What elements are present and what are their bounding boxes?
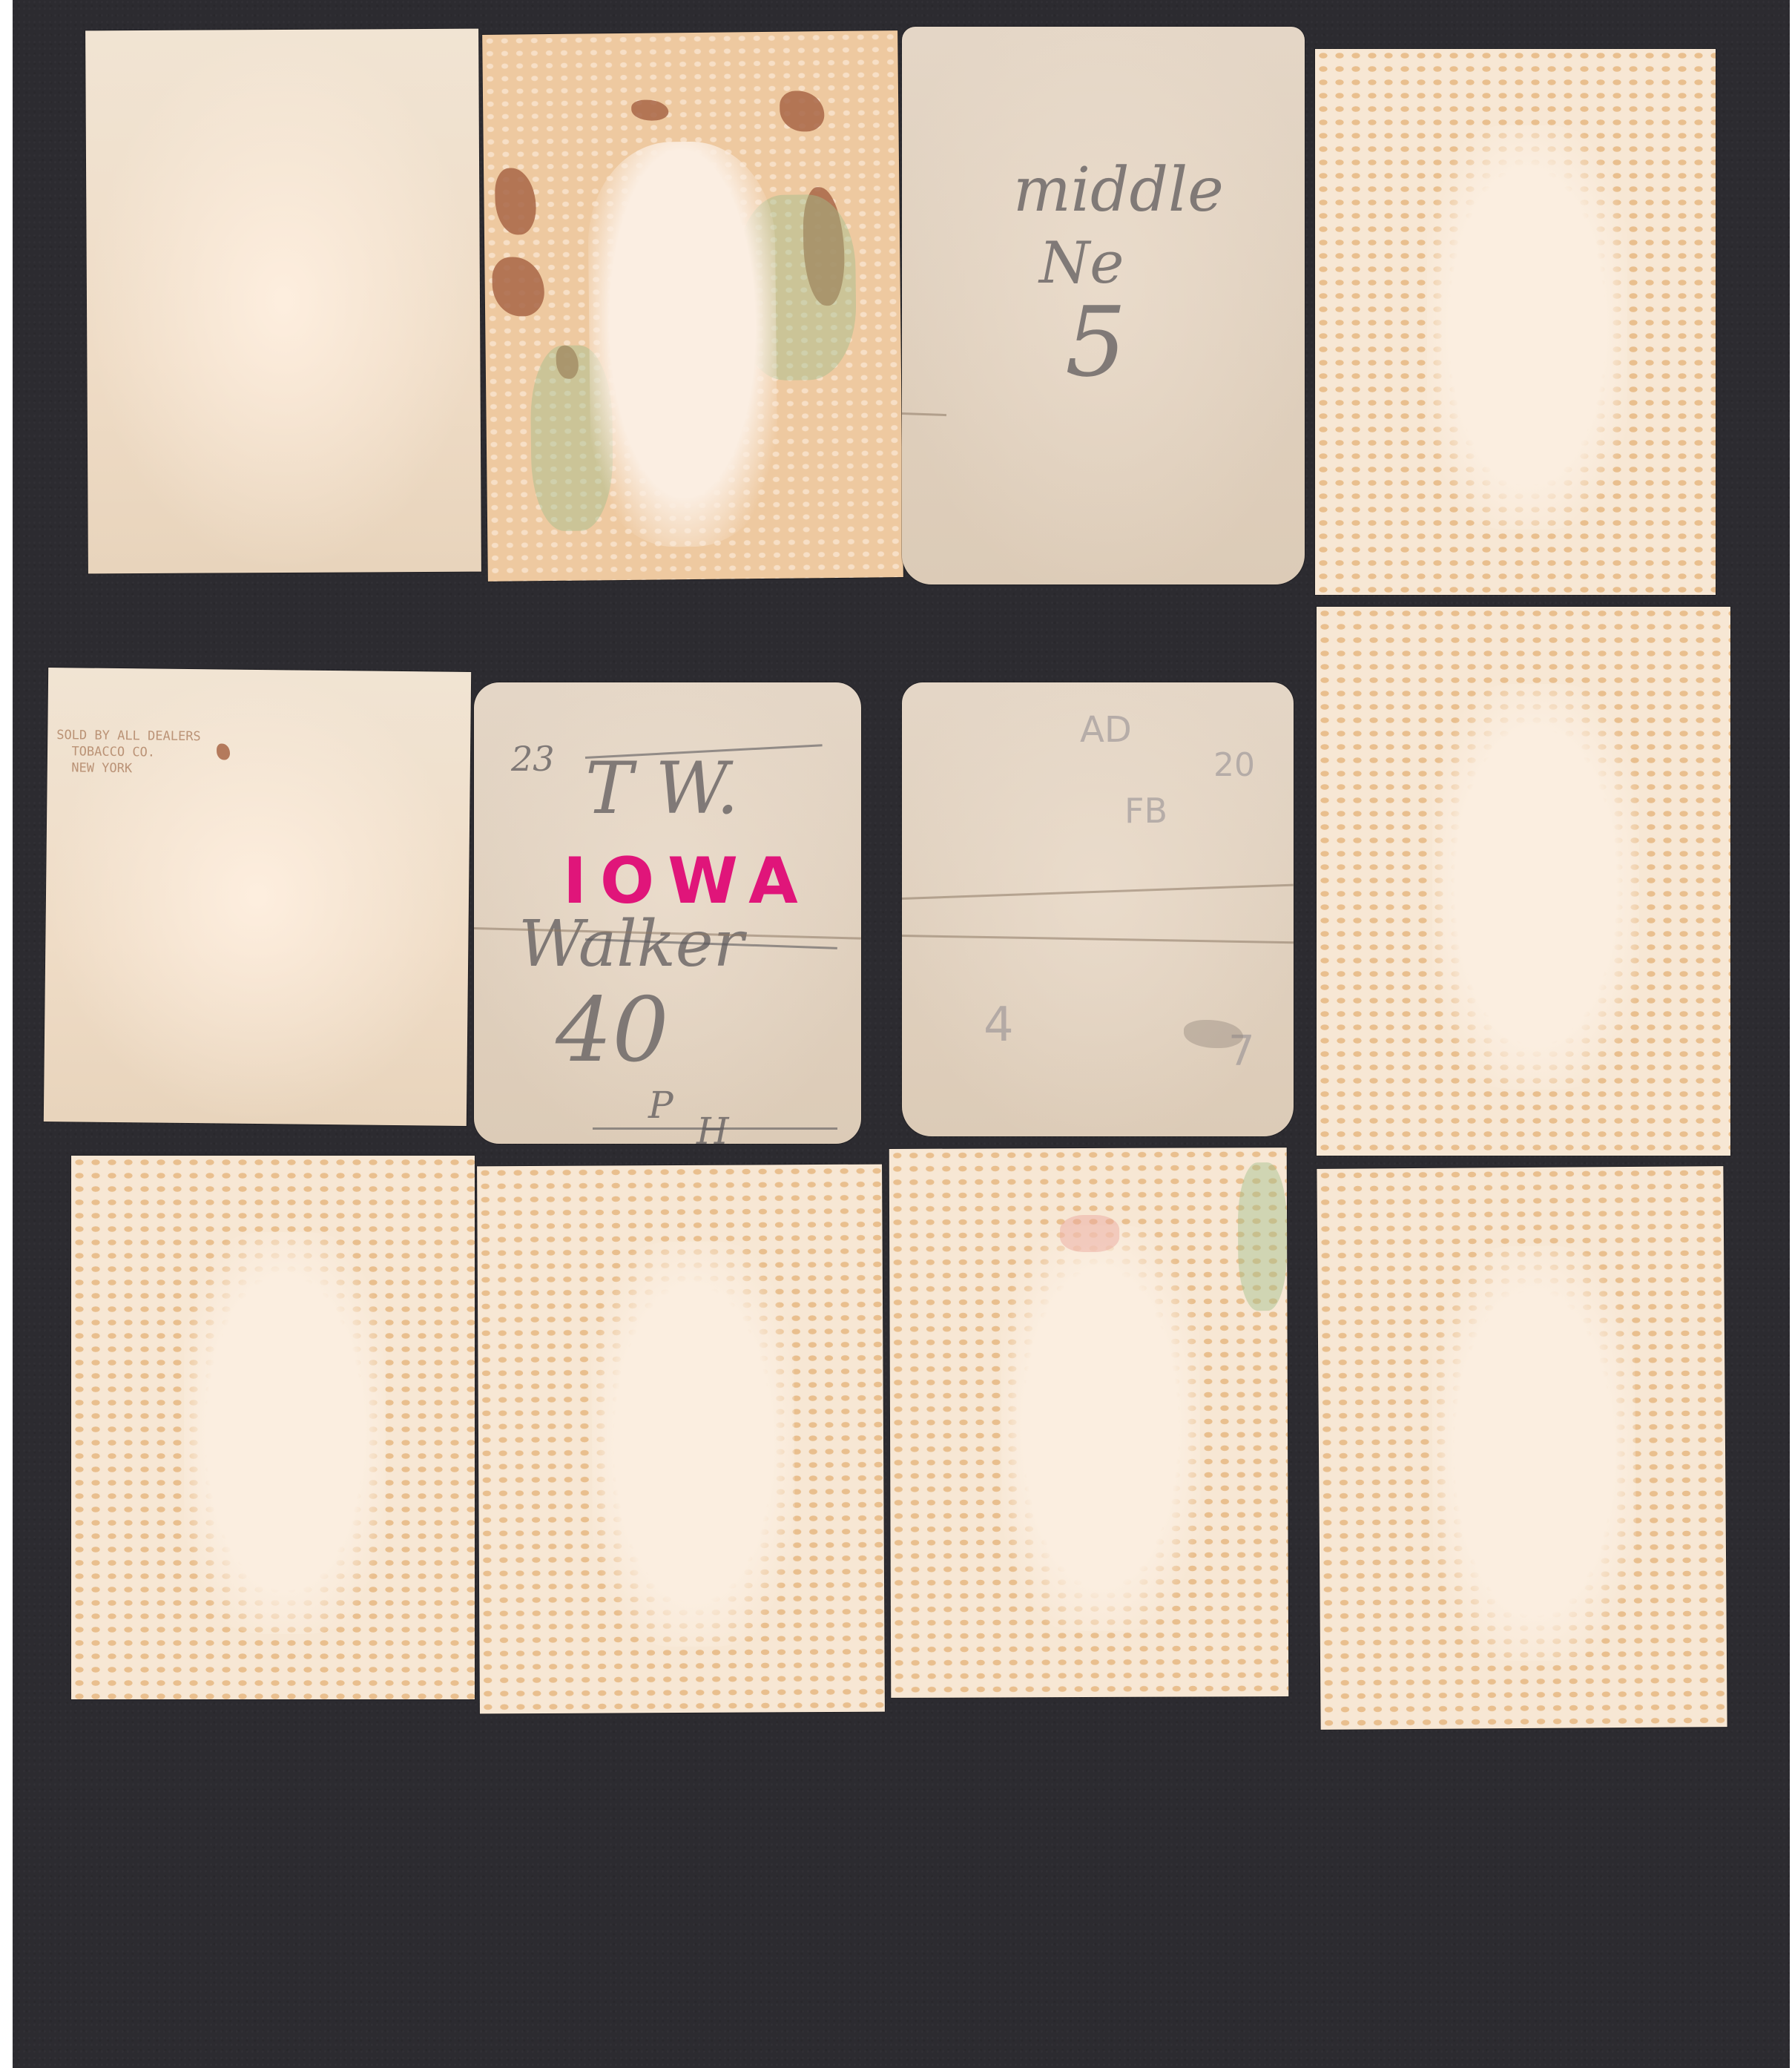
pink-tint <box>1060 1215 1119 1252</box>
green-tint <box>530 345 614 531</box>
card-3: middle Ne 5 <box>902 27 1305 584</box>
paper-loss-stain <box>492 257 544 317</box>
pencil-faint-fb: FB <box>1124 794 1167 828</box>
paper-loss-stain <box>780 90 825 132</box>
card-4 <box>1315 49 1716 595</box>
pencil-note-5: 5 <box>1065 294 1127 390</box>
card-6: 23 T W. IOWA Walker 40 P H <box>474 682 861 1144</box>
brown-spot <box>217 743 230 760</box>
pink-crayon-iowa: IOWA <box>563 849 811 913</box>
pencil-number-40: 40 <box>556 987 669 1076</box>
card-12 <box>1317 1166 1727 1730</box>
paper-loss-stain <box>631 99 668 121</box>
pencil-note-middle: middle <box>1013 160 1224 221</box>
printed-offset-text: SOLD BY ALL DEALERS TOBACCO CO. NEW YORK <box>56 727 201 777</box>
crease-line <box>902 412 946 416</box>
card-11 <box>889 1147 1289 1698</box>
strike-through <box>593 1127 837 1130</box>
card-2 <box>482 30 903 582</box>
card-10 <box>477 1165 885 1714</box>
pencil-faint-4: 4 <box>984 1001 1014 1049</box>
pencil-note-ne: Ne <box>1039 234 1124 292</box>
paper-loss-stain <box>495 168 536 235</box>
card-9 <box>71 1156 475 1699</box>
crease-line <box>902 935 1294 944</box>
pencil-faint-20: 20 <box>1213 749 1255 782</box>
green-tint <box>1238 1162 1288 1311</box>
pencil-letter-p: P <box>648 1087 673 1124</box>
card-1 <box>85 29 481 574</box>
pencil-initials-tw: T W. <box>585 753 739 824</box>
pencil-number-23: 23 <box>511 742 555 776</box>
pencil-faint-ad: AD <box>1080 712 1132 748</box>
green-tint <box>736 194 857 381</box>
crease-line <box>902 884 1294 900</box>
card-8 <box>1317 607 1730 1156</box>
card-7: AD 20 FB 4 7 <box>902 682 1294 1136</box>
card-5: SOLD BY ALL DEALERS TOBACCO CO. NEW YORK <box>44 668 471 1126</box>
smudge <box>1184 1020 1243 1048</box>
